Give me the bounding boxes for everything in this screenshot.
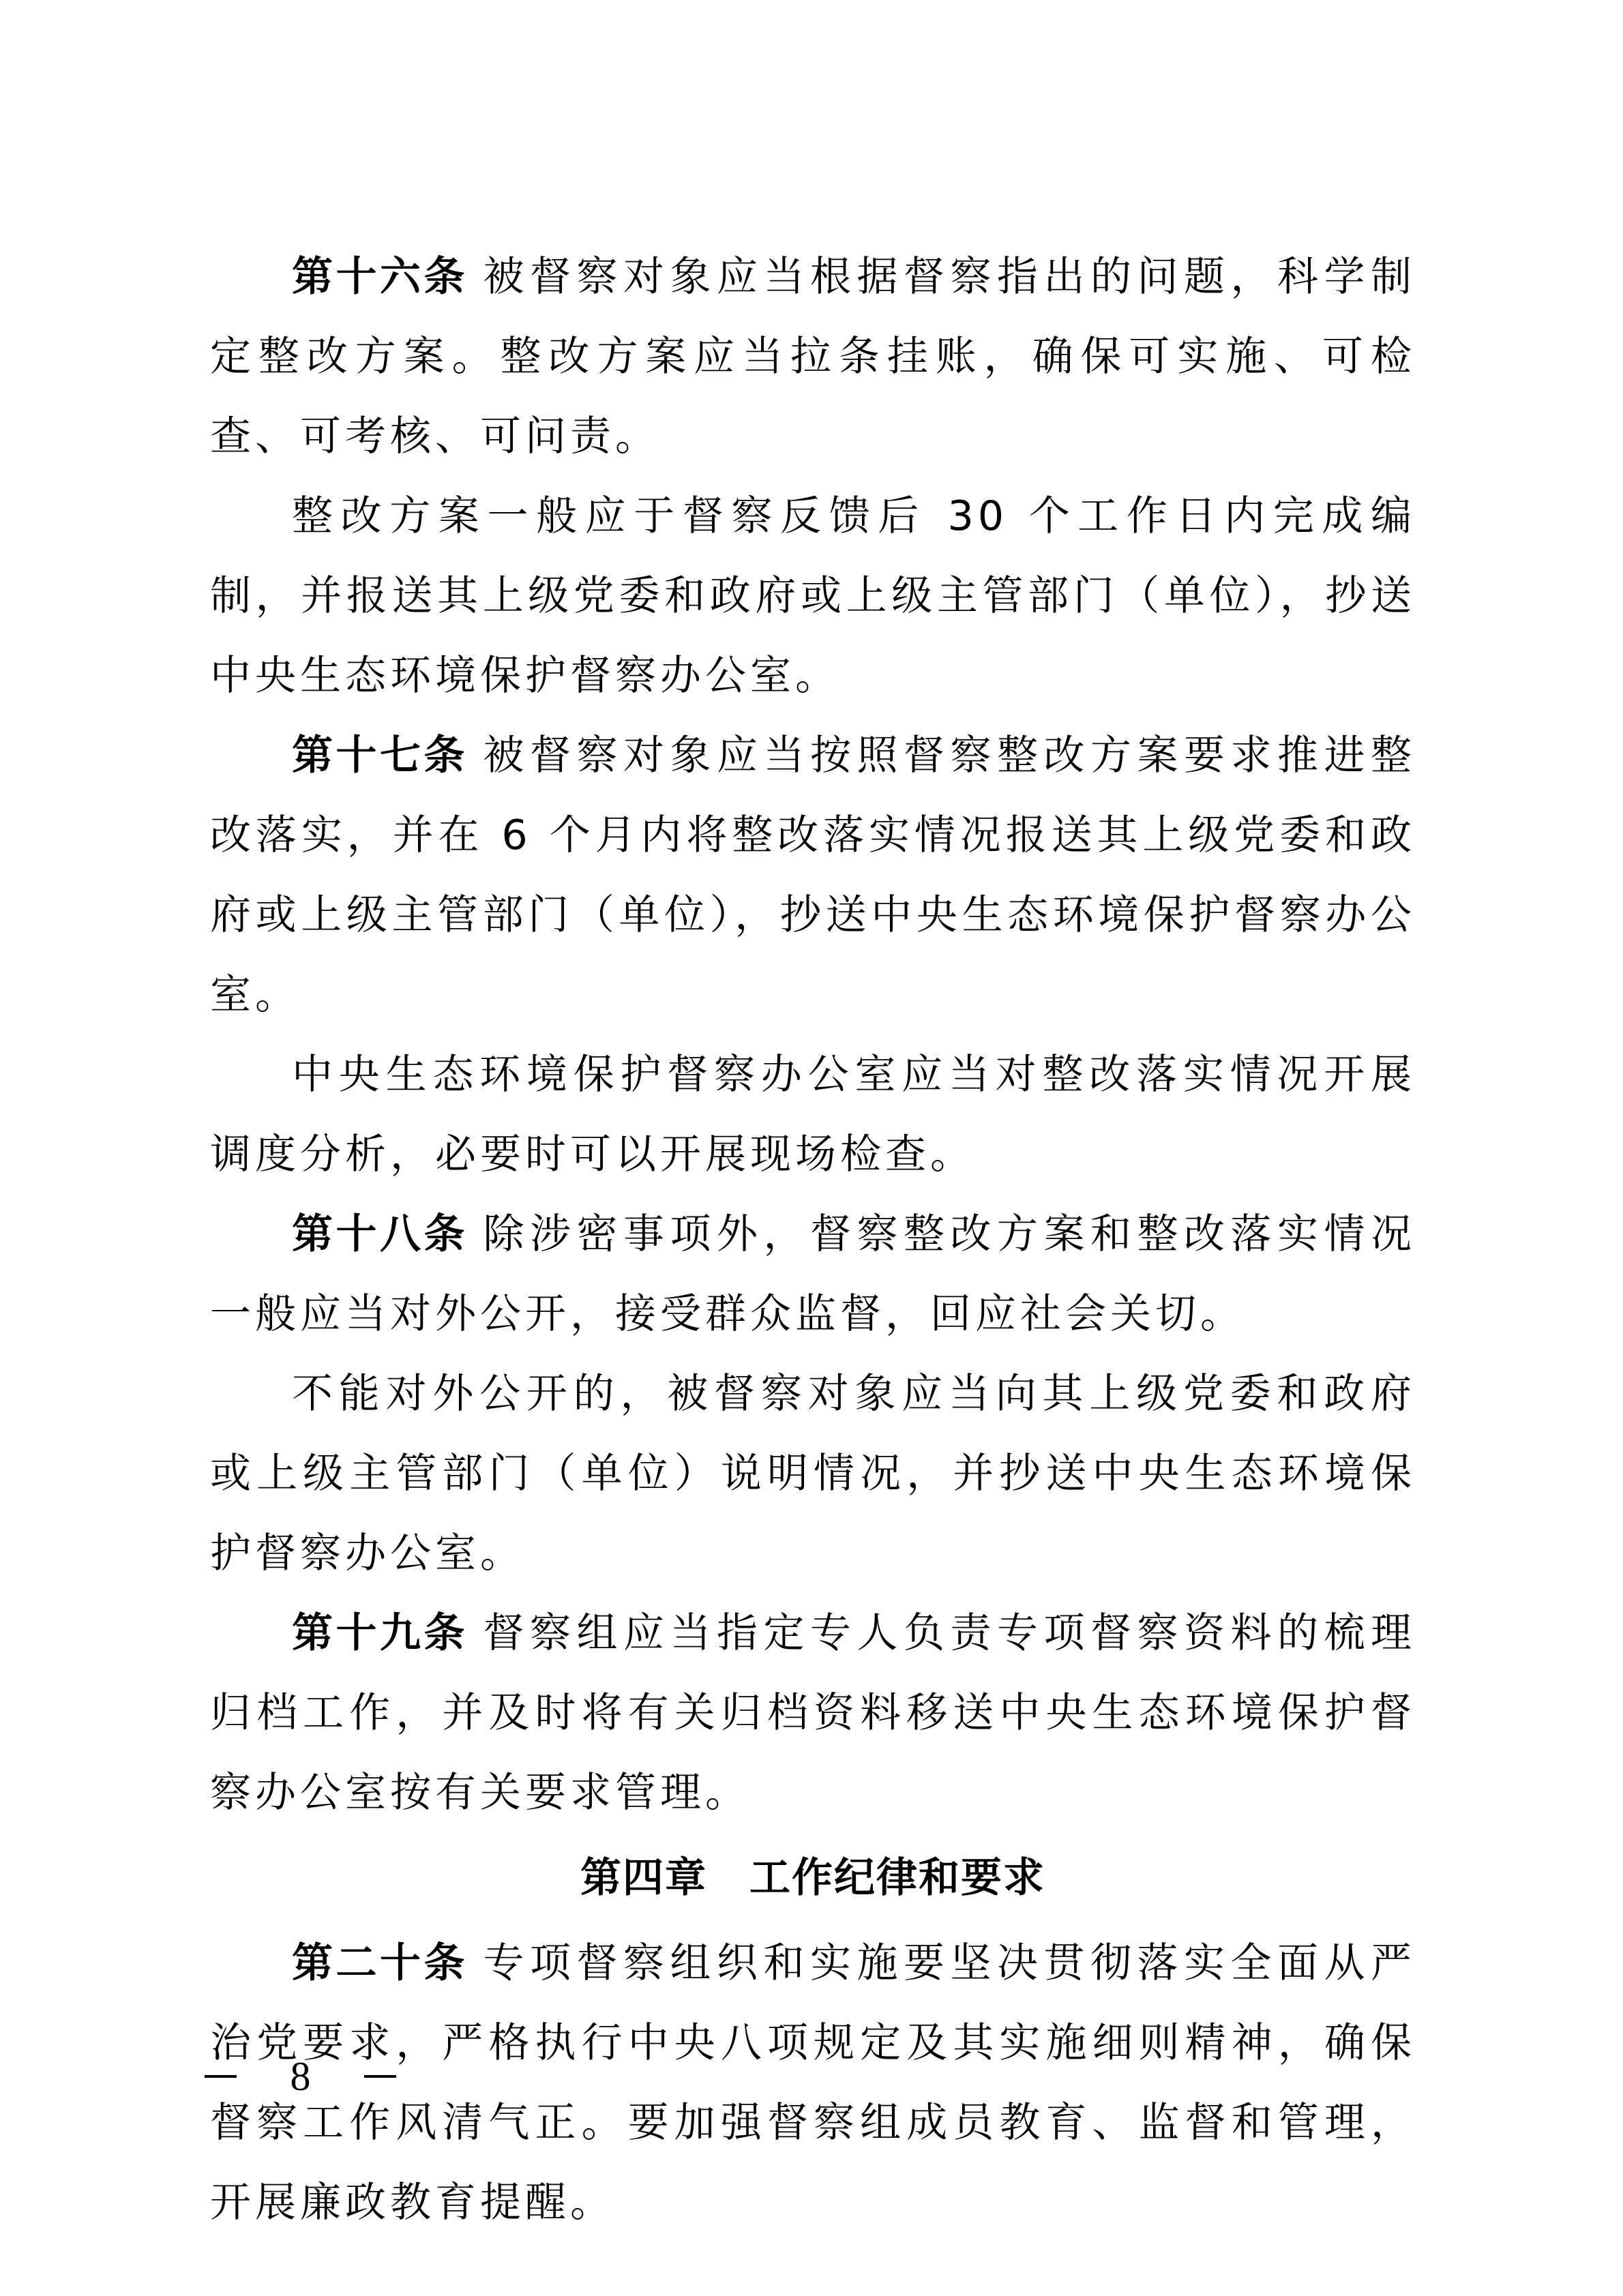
footer-dash-left — [205, 2075, 237, 2078]
paragraph-text: 整改方案一般应于督察反馈后 30 个工作日内完成编制，并报送其上级党委和政府或上… — [210, 492, 1416, 700]
paragraph-text: 不能对外公开的，被督察对象应当向其上级党委和政府或上级主管部门（单位）说明情况，… — [210, 1370, 1416, 1577]
article-label: 第十八条 — [292, 1210, 468, 1258]
article-label: 第十九条 — [292, 1609, 468, 1657]
chapter-heading: 第四章 工作纪律和要求 — [210, 1838, 1416, 1918]
article-19-paragraph: 第十九条督察组应当指定专人负责专项督察资料的梳理归档工作，并及时将有关归档资料移… — [210, 1594, 1416, 1833]
paragraph-text: 中央生态环境保护督察办公室应当对整改落实情况开展调度分析，必要时可以开展现场检查… — [210, 1051, 1416, 1178]
article-label: 第十七条 — [292, 732, 468, 779]
article-label: 第十六条 — [292, 253, 468, 301]
page-footer: 8 — [205, 2053, 396, 2100]
page-number: 8 — [268, 2053, 333, 2100]
footer-dash-right — [364, 2075, 396, 2078]
article-label: 第二十条 — [292, 1939, 468, 1987]
article-16-paragraph: 第十六条被督察对象应当根据督察指出的问题，科学制定整改方案。整改方案应当拉条挂账… — [210, 237, 1416, 477]
article-17-paragraph-2: 中央生态环境保护督察办公室应当对整改落实情况开展调度分析，必要时可以开展现场检查… — [210, 1035, 1416, 1195]
document-page: 第十六条被督察对象应当根据督察指出的问题，科学制定整改方案。整改方案应当拉条挂账… — [0, 0, 1623, 2296]
article-18-paragraph: 第十八条除涉密事项外，督察整改方案和整改落实情况一般应当对外公开，接受群众监督，… — [210, 1195, 1416, 1354]
article-16-paragraph-2: 整改方案一般应于督察反馈后 30 个工作日内完成编制，并报送其上级党委和政府或上… — [210, 477, 1416, 716]
article-17-paragraph: 第十七条被督察对象应当按照督察整改方案要求推进整改落实，并在 6 个月内将整改落… — [210, 716, 1416, 1035]
document-body: 第十六条被督察对象应当根据督察指出的问题，科学制定整改方案。整改方案应当拉条挂账… — [210, 237, 1416, 2243]
article-18-paragraph-2: 不能对外公开的，被督察对象应当向其上级党委和政府或上级主管部门（单位）说明情况，… — [210, 1354, 1416, 1594]
